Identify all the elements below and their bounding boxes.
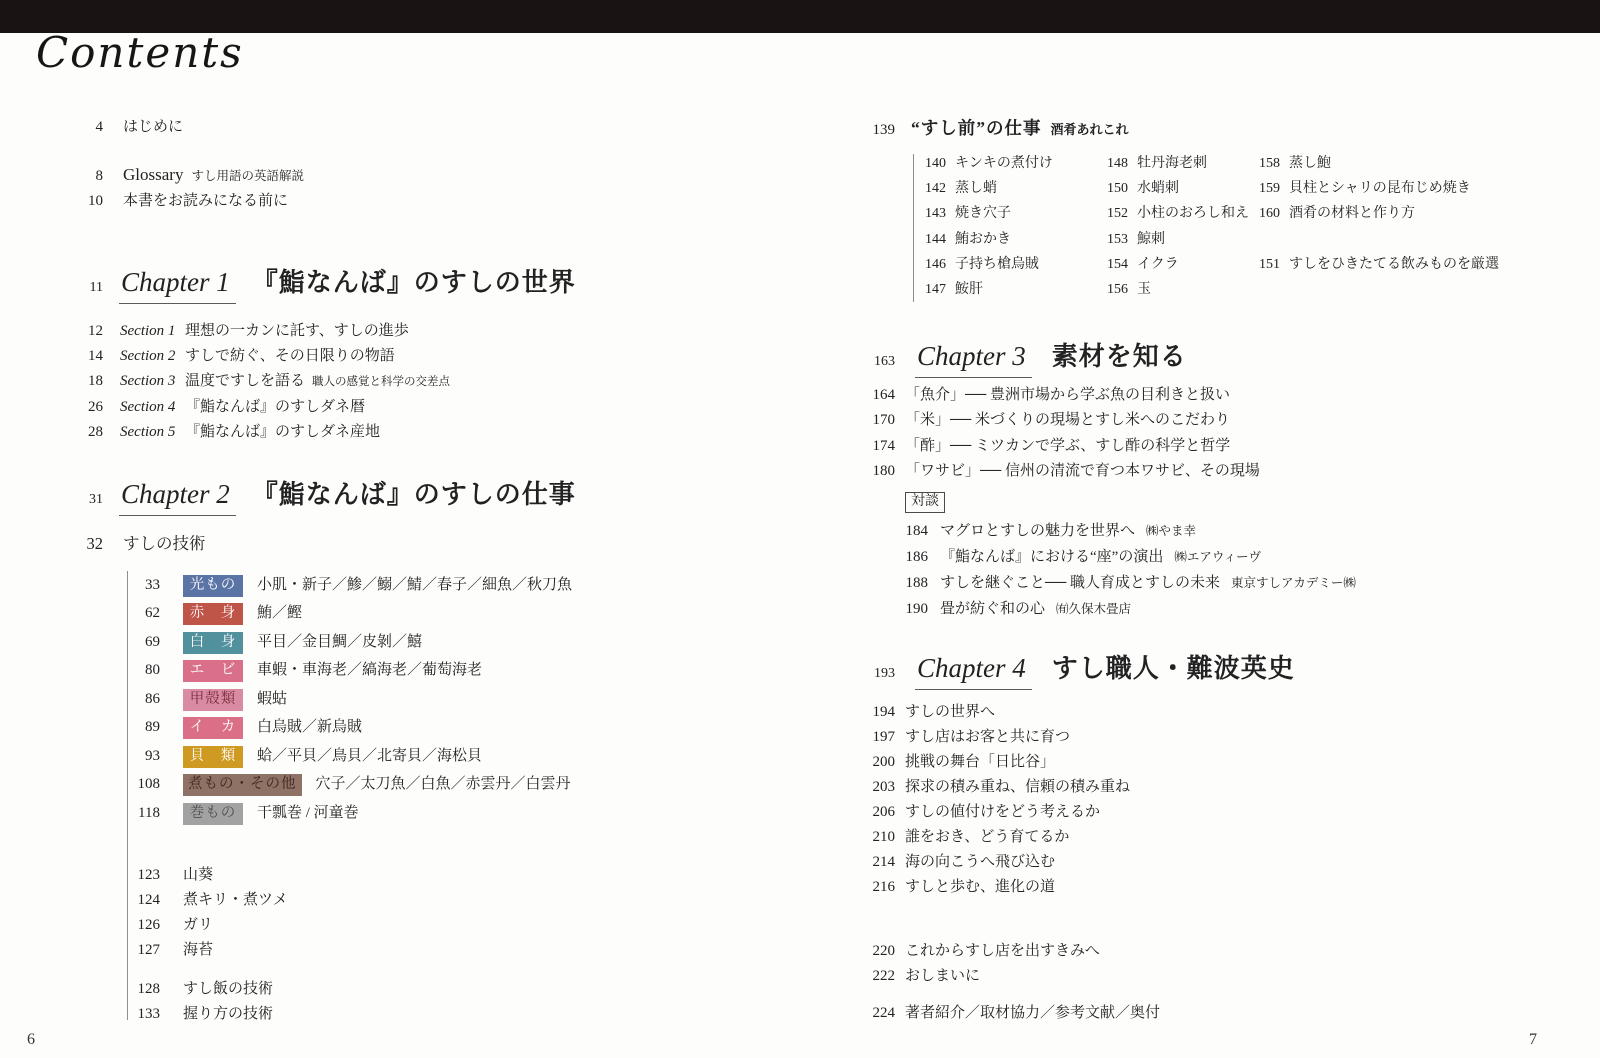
chapter-number: 11 (70, 280, 103, 296)
entry-title: これからすし店を出すきみへ (905, 943, 1100, 959)
taidan-row: 184マグロとすしの魅力を世界へ㈱やま幸 (860, 522, 1196, 541)
entry-number: 184 (860, 522, 928, 541)
chapter-label: Chapter 2 (119, 479, 236, 516)
front-matter-row: 10本書をお読みになる前に (70, 192, 288, 211)
chapter1-heading: 11Chapter 1『鮨なんば』のすしの世界 (70, 262, 576, 299)
category-row: 62赤 身鮪／鰹 (110, 603, 302, 625)
entry-number: 80 (110, 661, 160, 680)
sushimae-row: 156玉 (1100, 281, 1151, 299)
entry-title: 挑戦の舞台「日比谷」 (905, 754, 1055, 770)
sushimae-heading: 139“すし前”の仕事酒肴あれこれ (855, 119, 1129, 140)
section-row: 28Section 5『鮨なんば』のすしダネ産地 (70, 423, 380, 442)
sushimae-row: 143焼き穴子 (918, 205, 1011, 223)
taidan-row: 190畳が紡ぐ和の心㈲久保木畳店 (860, 600, 1131, 619)
entry-title: マグロとすしの魅力を世界へ (940, 523, 1135, 539)
tech-heading-row: 32すしの技術 (70, 534, 206, 553)
entry-number: 128 (110, 980, 160, 999)
category-badge: イ カ (183, 717, 243, 739)
sushimae-row: 158蒸し鮑 (1252, 155, 1331, 173)
basics-row: 126ガリ (110, 916, 213, 935)
entry-title: すしを継ぐこと── 職人育成とすしの未来 (940, 575, 1220, 591)
entry-number: 150 (1100, 180, 1128, 198)
chapter-label: Chapter 4 (915, 653, 1032, 690)
entry-title: 誰をおき、どう育てるか (905, 829, 1069, 845)
toc-page: Contents 4はじめに 8Glossaryすし用語の英語解説 10本書をお… (0, 0, 1600, 1058)
entry-title: 山葵 (183, 867, 213, 883)
section-row: 18Section 3温度ですしを語る職人の感覚と科学の交差点 (70, 372, 450, 392)
sushimae-row: 146子持ち槍烏賊 (918, 256, 1039, 274)
chapter4-heading: 193Chapter 4すし職人・難波英史 (855, 648, 1295, 685)
entry-title: 小柱のおろし和え (1137, 206, 1249, 221)
entry-title: すしをひきたてる飲みものを厳選 (1289, 257, 1499, 272)
closing-row: 222おしまいに (855, 967, 980, 986)
entry-number: 142 (918, 180, 946, 198)
taidan-label: 対談 (905, 492, 945, 513)
entry-number: 152 (1100, 205, 1128, 223)
entry-number: 4 (70, 118, 103, 137)
entry-number: 160 (1252, 205, 1280, 223)
entry-number: 153 (1100, 231, 1128, 249)
chapter-number: 193 (855, 666, 895, 682)
chapter4-row: 197すし店はお客と共に育つ (855, 728, 1070, 747)
chapter-title: 『鮨なんば』のすしの仕事 (252, 480, 576, 509)
category-row: 108煮もの・その他穴子／太刀魚／白魚／赤雲丹／白雲丹 (110, 774, 571, 796)
entry-title: 著者紹介／取材協力／参考文献／奥付 (905, 1005, 1160, 1021)
rice-row: 133握り方の技術 (110, 1005, 273, 1024)
chapter4-row: 206すしの値付けをどう考えるか (855, 803, 1100, 822)
category-badge: 甲殻類 (183, 689, 243, 711)
taidan-company: ㈲久保木畳店 (1056, 602, 1131, 616)
sushimae-note: 酒肴あれこれ (1051, 122, 1129, 137)
sushimae-rule (913, 154, 914, 302)
chapter4-row: 210誰をおき、どう育てるか (855, 828, 1069, 847)
section-label: Section 4 (120, 398, 182, 417)
chapter-number: 31 (70, 492, 103, 508)
entry-number: 164 (855, 386, 895, 405)
chapter4-row: 200挑戦の舞台「日比谷」 (855, 753, 1055, 772)
entry-title: すしと歩む、進化の道 (905, 879, 1055, 895)
category-badge: エ ビ (183, 660, 243, 682)
category-row: 86甲殻類蝦蛄 (110, 689, 287, 711)
entry-number: 194 (855, 703, 895, 722)
entry-title: 牡丹海老刺 (1137, 156, 1207, 171)
entry-number: 144 (918, 231, 946, 249)
sushimae-row: 154イクラ (1100, 256, 1179, 274)
entry-number: 32 (70, 534, 103, 553)
sushimae-row: 147鮟肝 (918, 281, 983, 299)
section-title: 『鮨なんば』のすしダネ産地 (185, 424, 380, 440)
entry-number: 222 (855, 967, 895, 986)
entry-number: 154 (1100, 256, 1128, 274)
chapter4-row: 203探求の積み重ね、信頼の積み重ね (855, 778, 1130, 797)
section-row: 14Section 2すしで紡ぐ、その日限りの物語 (70, 347, 395, 366)
sushimae-title: “すし前”の仕事 (911, 118, 1042, 138)
entry-title: 玉 (1137, 282, 1151, 297)
taidan-row: 186『鮨なんば』における“座”の演出㈱エアウィーヴ (860, 548, 1261, 567)
taidan-company: ㈱やま幸 (1146, 524, 1196, 538)
sushimae-row: 153鯨刺 (1100, 231, 1165, 249)
entry-title: 酒肴の材料と作り方 (1289, 206, 1415, 221)
entry-title: 畳が紡ぐ和の心 (940, 601, 1045, 617)
chapter4-row: 194すしの世界へ (855, 703, 995, 722)
category-items: 干瓢巻 / 河童巻 (257, 805, 359, 821)
entry-title: 握り方の技術 (183, 1006, 273, 1022)
entry-number: 156 (1100, 281, 1128, 299)
entry-number: 146 (918, 256, 946, 274)
entry-title: 貝柱とシャリの昆布じめ焼き (1289, 181, 1471, 196)
entry-number: 139 (855, 121, 895, 140)
entry-title: はじめに (123, 119, 183, 135)
page-title: Contents (36, 28, 244, 77)
entry-title: 鮟肝 (955, 282, 983, 297)
category-items: 車蝦・車海老／縞海老／葡萄海老 (257, 662, 482, 678)
entry-title: 本書をお読みになる前に (123, 193, 288, 209)
entry-title: イクラ (1137, 257, 1179, 272)
entry-number: 89 (110, 718, 160, 737)
chapter-number: 163 (855, 354, 895, 370)
entry-title: すしの世界へ (905, 704, 995, 720)
entry-number: 28 (70, 423, 103, 442)
category-items: 平目／金目鯛／皮剝／鱚 (257, 634, 422, 650)
section-title: 理想の一カンに託す、すしの進歩 (185, 323, 409, 339)
entry-number: 147 (918, 281, 946, 299)
section-row: 26Section 4『鮨なんば』のすしダネ暦 (70, 398, 365, 417)
entry-number: 18 (70, 372, 103, 391)
entry-title: 鮪おかき (955, 232, 1011, 247)
category-row: 33光もの小肌・新子／鯵／鰯／鯖／春子／細魚／秋刀魚 (110, 575, 572, 597)
entry-title: 探求の積み重ね、信頼の積み重ね (905, 779, 1130, 795)
entry-title: すしの技術 (123, 534, 206, 553)
section-label: Section 2 (120, 347, 182, 366)
sushimae-row: 150水蛸刺 (1100, 180, 1179, 198)
entry-title: 水蛸刺 (1137, 181, 1179, 196)
entry-number: 108 (110, 775, 160, 794)
entry-number: 190 (860, 600, 928, 619)
category-row: 93貝 類蛤／平貝／鳥貝／北寄貝／海松貝 (110, 746, 482, 768)
section-label: Section 3 (120, 372, 182, 391)
section-label: Section 5 (120, 423, 182, 442)
entry-title: ガリ (183, 917, 213, 933)
basics-row: 124煮キリ・煮ツメ (110, 891, 288, 910)
entry-number: 123 (110, 866, 160, 885)
front-matter-row: 4はじめに (70, 118, 183, 137)
entry-number: 33 (110, 576, 160, 595)
sushimae-row: 140キンキの煮付け (918, 155, 1053, 173)
chapter-title: 素材を知る (1052, 342, 1187, 371)
entry-number: 197 (855, 728, 895, 747)
category-badge: 貝 類 (183, 746, 243, 768)
sushimae-row: 151すしをひきたてる飲みものを厳選 (1252, 256, 1499, 274)
chapter-label: Chapter 1 (119, 267, 236, 304)
entry-number: 151 (1252, 256, 1280, 274)
entry-title: 鯨刺 (1137, 232, 1165, 247)
front-matter-row: 8Glossaryすし用語の英語解説 (70, 165, 304, 186)
section-row: 12Section 1理想の一カンに託す、すしの進歩 (70, 322, 409, 341)
sushimae-row: 148牡丹海老刺 (1100, 155, 1207, 173)
section-label: Section 1 (120, 322, 182, 341)
folio-right: 7 (1529, 1031, 1537, 1049)
folio-left: 6 (27, 1031, 35, 1049)
category-row: 80エ ビ車蝦・車海老／縞海老／葡萄海老 (110, 660, 482, 682)
category-items: 蝦蛄 (257, 691, 287, 707)
category-items: 鮪／鰹 (257, 605, 302, 621)
entry-title: おしまいに (905, 968, 980, 984)
entry-number: 200 (855, 753, 895, 772)
entry-title: 「魚介」── 豊洲市場から学ぶ魚の目利きと扱い (905, 387, 1230, 403)
chapter3-row: 170「米」── 米づくりの現場とすし米へのこだわり (855, 411, 1230, 430)
entry-number: 180 (855, 462, 895, 481)
chapter3-row: 174「酢」── ミツカンで学ぶ、すし酢の科学と哲学 (855, 437, 1230, 456)
sushimae-row: 159貝柱とシャリの昆布じめ焼き (1252, 180, 1471, 198)
entry-title: 『鮨なんば』における“座”の演出 (940, 549, 1163, 565)
sushimae-row: 144鮪おかき (918, 231, 1011, 249)
entry-number: 214 (855, 853, 895, 872)
entry-number: 203 (855, 778, 895, 797)
entry-title: 子持ち槍烏賊 (955, 257, 1039, 272)
entry-number: 133 (110, 1005, 160, 1024)
entry-title: 海の向こうへ飛び込む (905, 854, 1055, 870)
category-row: 69白 身平目／金目鯛／皮剝／鱚 (110, 632, 422, 654)
entry-number: 62 (110, 604, 160, 623)
entry-title: すし店はお客と共に育つ (905, 729, 1070, 745)
taidan-row: 188すしを継ぐこと── 職人育成とすしの未来東京すしアカデミー㈱ (860, 574, 1356, 593)
entry-number: 118 (110, 804, 160, 823)
entry-number: 8 (70, 167, 103, 186)
closing-row: 220これからすし店を出すきみへ (855, 942, 1100, 961)
entry-title: 「ワサビ」── 信州の清流で育つ本ワサビ、その現場 (905, 463, 1260, 479)
chapter3-row: 164「魚介」── 豊洲市場から学ぶ魚の目利きと扱い (855, 386, 1230, 405)
category-items: 穴子／太刀魚／白魚／赤雲丹／白雲丹 (316, 776, 571, 792)
category-row: 118巻もの干瓢巻 / 河童巻 (110, 803, 359, 825)
section-note: 職人の感覚と科学の交差点 (312, 376, 450, 388)
entry-title: すし飯の技術 (183, 981, 273, 997)
category-row: 89イ カ白烏賊／新烏賊 (110, 717, 362, 739)
entry-number: 93 (110, 747, 160, 766)
entry-number: 220 (855, 942, 895, 961)
category-badge: 白 身 (183, 632, 243, 654)
entry-note: すし用語の英語解説 (191, 169, 304, 183)
category-items: 蛤／平貝／鳥貝／北寄貝／海松貝 (257, 748, 482, 764)
colophon-row: 224著者紹介／取材協力／参考文献／奥付 (855, 1004, 1160, 1023)
entry-title: Glossary (123, 165, 183, 184)
section-title: 温度ですしを語る (185, 373, 305, 389)
entry-title: 「米」── 米づくりの現場とすし米へのこだわり (905, 412, 1230, 428)
entry-number: 224 (855, 1004, 895, 1023)
entry-number: 216 (855, 878, 895, 897)
entry-title: キンキの煮付け (955, 156, 1053, 171)
entry-number: 210 (855, 828, 895, 847)
sushimae-row: 160酒肴の材料と作り方 (1252, 205, 1415, 223)
section-title: 『鮨なんば』のすしダネ暦 (185, 399, 365, 415)
entry-number: 124 (110, 891, 160, 910)
basics-row: 127海苔 (110, 941, 213, 960)
chapter4-row: 216すしと歩む、進化の道 (855, 878, 1055, 897)
entry-number: 127 (110, 941, 160, 960)
entry-number: 143 (918, 205, 946, 223)
entry-number: 14 (70, 347, 103, 366)
taidan-company: ㈱エアウィーヴ (1174, 550, 1261, 564)
entry-number: 170 (855, 411, 895, 430)
entry-title: 煮キリ・煮ツメ (183, 892, 288, 908)
entry-number: 26 (70, 398, 103, 417)
category-items: 白烏賊／新烏賊 (257, 719, 362, 735)
sushimae-row: 152小柱のおろし和え (1100, 205, 1249, 223)
entry-number: 188 (860, 574, 928, 593)
entry-number: 174 (855, 437, 895, 456)
category-badge: 光もの (183, 575, 243, 597)
chapter3-heading: 163Chapter 3素材を知る (855, 336, 1187, 373)
rice-row: 128すし飯の技術 (110, 980, 273, 999)
taidan-company: 東京すしアカデミー㈱ (1231, 576, 1356, 590)
entry-number: 10 (70, 192, 103, 211)
sushimae-row: 142蒸し蛸 (918, 180, 997, 198)
entry-title: 蒸し鮑 (1289, 156, 1331, 171)
chapter2-heading: 31Chapter 2『鮨なんば』のすしの仕事 (70, 474, 576, 511)
entry-number: 140 (918, 155, 946, 173)
chapter3-row: 180「ワサビ」── 信州の清流で育つ本ワサビ、その現場 (855, 462, 1260, 481)
entry-number: 126 (110, 916, 160, 935)
chapter-title: 『鮨なんば』のすしの世界 (252, 268, 576, 297)
entry-number: 86 (110, 690, 160, 709)
entry-number: 186 (860, 548, 928, 567)
entry-number: 159 (1252, 180, 1280, 198)
category-items: 小肌・新子／鯵／鰯／鯖／春子／細魚／秋刀魚 (257, 577, 572, 593)
category-badge: 巻もの (183, 803, 243, 825)
entry-title: 蒸し蛸 (955, 181, 997, 196)
category-badge: 赤 身 (183, 603, 243, 625)
section-title: すしで紡ぐ、その日限りの物語 (185, 348, 395, 364)
chapter-label: Chapter 3 (915, 341, 1032, 378)
entry-title: 海苔 (183, 942, 213, 958)
basics-row: 123山葵 (110, 866, 213, 885)
entry-number: 12 (70, 322, 103, 341)
chapter4-row: 214海の向こうへ飛び込む (855, 853, 1055, 872)
entry-title: 焼き穴子 (955, 206, 1011, 221)
entry-number: 148 (1100, 155, 1128, 173)
entry-number: 206 (855, 803, 895, 822)
chapter-title: すし職人・難波英史 (1052, 654, 1295, 683)
entry-number: 158 (1252, 155, 1280, 173)
entry-title: すしの値付けをどう考えるか (905, 804, 1100, 820)
entry-number: 69 (110, 633, 160, 652)
entry-title: 「酢」── ミツカンで学ぶ、すし酢の科学と哲学 (905, 438, 1230, 454)
category-badge: 煮もの・その他 (183, 774, 302, 796)
